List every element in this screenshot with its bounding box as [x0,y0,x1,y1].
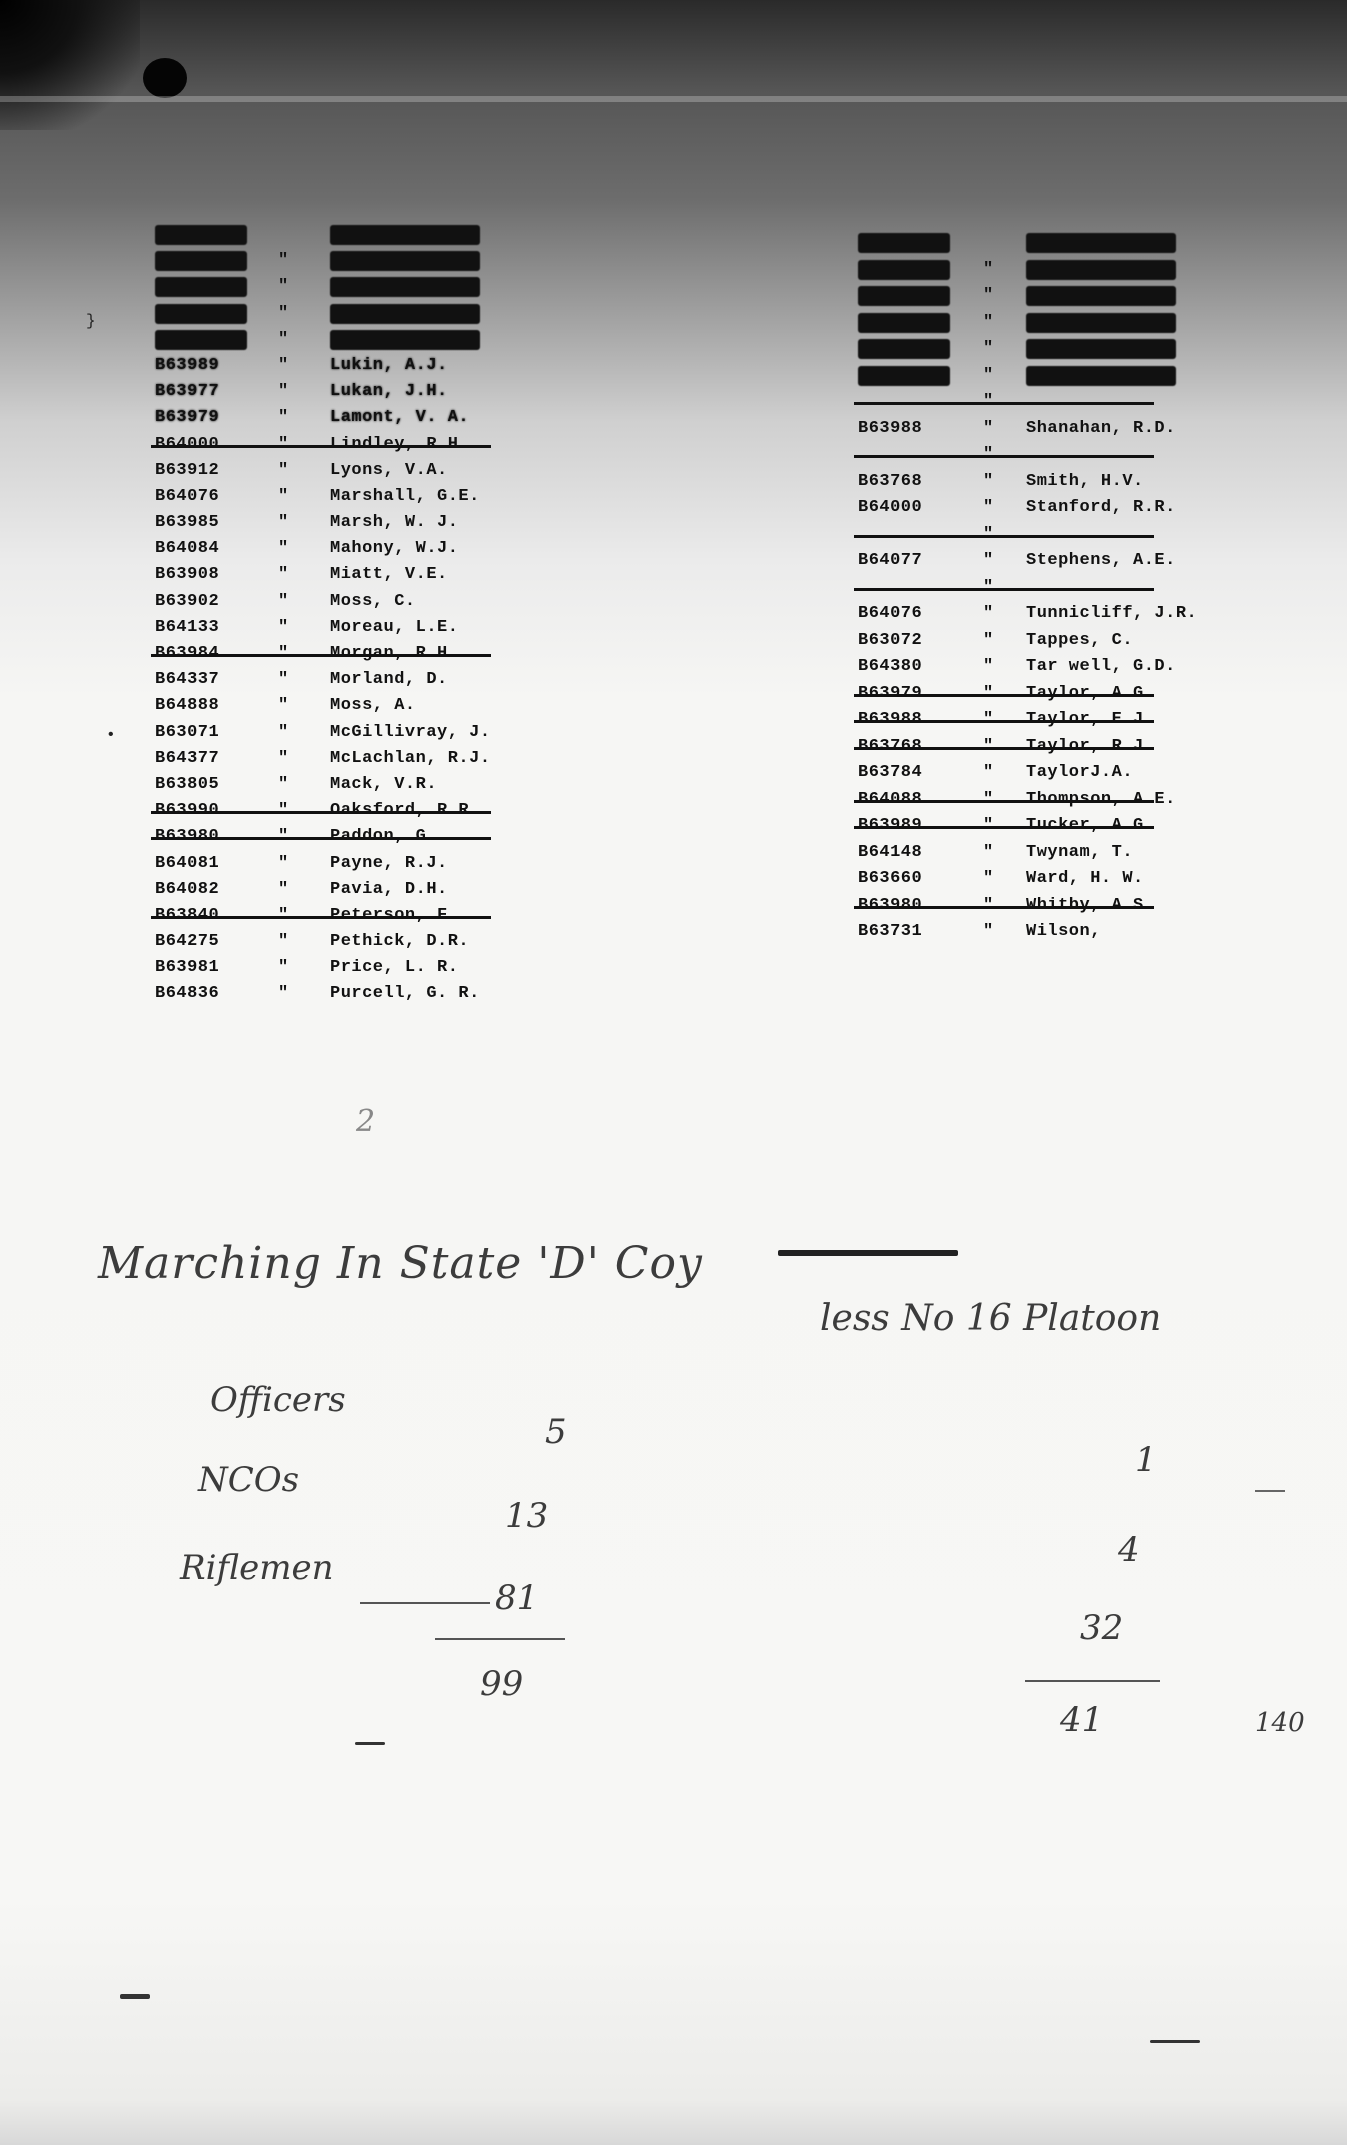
service-number: B63979 [155,405,260,431]
soldier-name: Moss, C. [330,589,416,615]
soldier-name: Payne, R.J. [330,851,448,877]
rank-ditto-mark: " [278,641,289,667]
soldier-name: Stephens, A.E. [1026,548,1176,574]
rank-ditto-mark: " [983,919,994,945]
rank-ditto-mark: " [983,257,994,283]
ink-speck [120,1994,150,1999]
rank-ditto-mark: " [278,353,289,379]
soldier-name: McGillivray, J. [330,720,491,746]
soldier-name: Purcell, G. R. [330,981,480,1007]
soldier-name: Shanahan, R.D. [1026,416,1176,442]
rank-ditto-mark: " [278,301,289,327]
soldier-name: Paddon, G. [330,824,437,850]
service-number: B63989 [858,813,963,839]
rank-ditto-mark: " [278,851,289,877]
tally-less-officers: 1 [1135,1440,1157,1480]
service-number [858,286,950,306]
soldier-name [330,277,480,297]
rank-ditto-mark: " [278,693,289,719]
soldier-name [1026,339,1176,359]
service-number [858,313,950,333]
service-number [155,225,247,245]
rank-ditto-mark: " [983,310,994,336]
service-number: B64377 [155,746,260,772]
rank-ditto-mark: " [278,562,289,588]
rank-ditto-mark: " [983,469,994,495]
soldier-name [1026,286,1176,306]
rank-ditto-mark: " [983,707,994,733]
rank-ditto-mark: " [983,681,994,707]
soldier-name: Stanford, R.R. [1026,495,1176,521]
tally-less-ncos: 4 [1118,1530,1140,1570]
service-number: B64077 [858,548,963,574]
tally-dcoy-officers: 5 [545,1412,567,1452]
service-number: B64076 [858,601,963,627]
soldier-name: Peterson, F. [330,903,458,929]
soldier-name: Tucker, A.G. [1026,813,1154,839]
soldier-name: Pethick, D.R. [330,929,469,955]
soldier-name: Tar well, G.D. [1026,654,1176,680]
rank-ditto-mark: " [983,495,994,521]
service-number [155,251,247,271]
rank-ditto-mark: " [983,866,994,892]
soldier-name: Lindley, R.H. [330,432,469,458]
rank-ditto-mark: " [278,432,289,458]
soldier-name: Whitby, A.S. [1026,893,1154,919]
tally-less-total: 41 [1060,1700,1103,1740]
rank-ditto-mark: " [983,363,994,389]
service-number: B64888 [155,693,260,719]
rank-ditto-mark: " [983,522,994,548]
rank-ditto-mark: " [278,746,289,772]
soldier-name [330,251,480,271]
rank-ditto-mark: " [278,824,289,850]
soldier-name: Thompson, A.E. [1026,787,1176,813]
service-number: B63071 [155,720,260,746]
rank-ditto-mark: " [983,760,994,786]
service-number: B64076 [155,484,260,510]
service-number: B63981 [155,955,260,981]
soldier-name: Morgan, R.H. [330,641,458,667]
service-number: B63977 [155,379,260,405]
page-number-annotation: 2 [356,1104,375,1139]
service-number: B63988 [858,707,963,733]
rank-ditto-mark: " [278,955,289,981]
soldier-name [1026,313,1176,333]
rank-ditto-mark: " [278,484,289,510]
service-number: B63980 [155,824,260,850]
rank-ditto-mark: " [278,929,289,955]
soldier-name: Tappes, C. [1026,628,1133,654]
rank-ditto-mark: " [983,813,994,839]
punch-hole [143,58,187,98]
soldier-name: Mack, V.R. [330,772,437,798]
rank-ditto-mark: " [278,903,289,929]
tally-dcoy-total: 99 [480,1664,523,1704]
service-number [858,233,950,253]
fold-line [0,96,1347,102]
ink-speck [355,1742,385,1745]
service-number: B64133 [155,615,260,641]
soldier-name [1026,260,1176,280]
ink-speck [1150,2040,1200,2043]
service-number: B63985 [155,510,260,536]
sum-rule-dcoy [435,1638,565,1640]
tally-dcoy-riflemen: 81 [495,1578,538,1618]
service-number: B63805 [155,772,260,798]
soldier-name: Oaksford, R.R. [330,798,480,824]
rank-ditto-mark: " [278,510,289,536]
tally-label-riflemen: Riflemen [180,1548,334,1588]
rank-ditto-mark: " [278,720,289,746]
soldier-name: Miatt, V.E. [330,562,448,588]
service-number: B63908 [155,562,260,588]
soldier-name: Morland, D. [330,667,448,693]
rank-ditto-mark: " [278,274,289,300]
tally-label-officers: Officers [210,1380,346,1420]
tally-label-ncos: NCOs [198,1460,299,1500]
soldier-name: Ward, H. W. [1026,866,1144,892]
margin-bracket: } [86,312,96,330]
soldier-name: Taylor, E.J. [1026,707,1154,733]
soldier-name: Lukin, A.J. [330,353,448,379]
soldier-name: Moreau, L.E. [330,615,458,641]
soldier-name [330,330,480,350]
scanned-document-page: } • """"B63989"Lukin, A.J.B63977"Lukan, … [0,0,1347,2145]
service-number: B63980 [858,893,963,919]
service-number: B64380 [858,654,963,680]
service-number: B63731 [858,919,963,945]
service-number [155,304,247,324]
tally-heading: Marching In State 'D' Coy [98,1238,703,1289]
service-number: B63784 [858,760,963,786]
service-number: B64275 [155,929,260,955]
soldier-name [330,304,480,324]
soldier-name: Lyons, V.A. [330,458,448,484]
service-number: B63984 [155,641,260,667]
rank-ditto-mark: " [983,601,994,627]
rank-ditto-mark: " [278,458,289,484]
service-number: B63840 [155,903,260,929]
soldier-name [1026,366,1176,386]
soldier-name: Mahony, W.J. [330,536,458,562]
service-number [155,277,247,297]
rank-ditto-mark: " [278,667,289,693]
tally-heading-less: less No 16 Platoon [820,1298,1161,1339]
service-number: B64000 [858,495,963,521]
dash-line [360,1602,490,1604]
rank-ditto-mark: " [983,840,994,866]
soldier-name: Marsh, W. J. [330,510,458,536]
service-number: B63902 [155,589,260,615]
service-number [155,330,247,350]
soldier-name: Taylor, R.J. [1026,734,1154,760]
soldier-name: Moss, A. [330,693,416,719]
soldier-name: Lamont, V. A. [330,405,469,431]
soldier-name: Wilson, [1026,919,1101,945]
service-number [858,366,950,386]
rank-ditto-mark: " [983,654,994,680]
service-number: B63768 [858,469,963,495]
tally-side-note: 140 [1255,1708,1305,1738]
soldier-name: McLachlan, R.J. [330,746,491,772]
service-number: B63072 [858,628,963,654]
service-number: B63988 [858,416,963,442]
rank-ditto-mark: " [278,248,289,274]
service-number: B63990 [155,798,260,824]
soldier-name: Pavia, D.H. [330,877,448,903]
service-number: B64000 [155,432,260,458]
tally-less-riflemen: 32 [1080,1608,1123,1648]
soldier-name: Smith, H.V. [1026,469,1144,495]
rank-ditto-mark: " [278,615,289,641]
ink-smudge [778,1250,958,1256]
soldier-name: TaylorJ.A. [1026,760,1133,786]
rank-ditto-mark: " [278,327,289,353]
service-number: B64088 [858,787,963,813]
rank-ditto-mark: " [983,787,994,813]
tally-dcoy-ncos: 13 [505,1496,548,1536]
rank-ditto-mark: " [983,442,994,468]
soldier-name: Taylor, A.G. [1026,681,1154,707]
service-number: B64148 [858,840,963,866]
rank-ditto-mark: " [983,389,994,415]
rank-ditto-mark: " [983,336,994,362]
margin-bullet: • [106,726,116,744]
rank-ditto-mark: " [983,548,994,574]
soldier-name: Twynam, T. [1026,840,1133,866]
rank-ditto-mark: " [983,628,994,654]
tick-mark [1255,1490,1285,1492]
sum-rule-less [1025,1680,1160,1682]
soldier-name [1026,233,1176,253]
soldier-name: Lukan, J.H. [330,379,448,405]
rank-ditto-mark: " [278,981,289,1007]
rank-ditto-mark: " [278,536,289,562]
scan-shadow [0,0,140,130]
soldier-name [330,225,480,245]
service-number [858,260,950,280]
service-number: B63912 [155,458,260,484]
service-number [858,339,950,359]
rank-ditto-mark: " [983,575,994,601]
rank-ditto-mark: " [278,877,289,903]
soldier-name: Marshall, G.E. [330,484,480,510]
service-number: B64836 [155,981,260,1007]
service-number: B64084 [155,536,260,562]
rank-ditto-mark: " [278,405,289,431]
service-number: B63989 [155,353,260,379]
rank-ditto-mark: " [983,283,994,309]
rank-ditto-mark: " [983,734,994,760]
rank-ditto-mark: " [983,416,994,442]
service-number: B64081 [155,851,260,877]
soldier-name: Tunnicliff, J.R. [1026,601,1197,627]
rank-ditto-mark: " [278,379,289,405]
soldier-name: Price, L. R. [330,955,458,981]
service-number: B63979 [858,681,963,707]
service-number: B64082 [155,877,260,903]
rank-ditto-mark: " [278,589,289,615]
rank-ditto-mark: " [278,798,289,824]
rank-ditto-mark: " [278,772,289,798]
service-number: B63768 [858,734,963,760]
service-number: B64337 [155,667,260,693]
rank-ditto-mark: " [983,893,994,919]
service-number: B63660 [858,866,963,892]
